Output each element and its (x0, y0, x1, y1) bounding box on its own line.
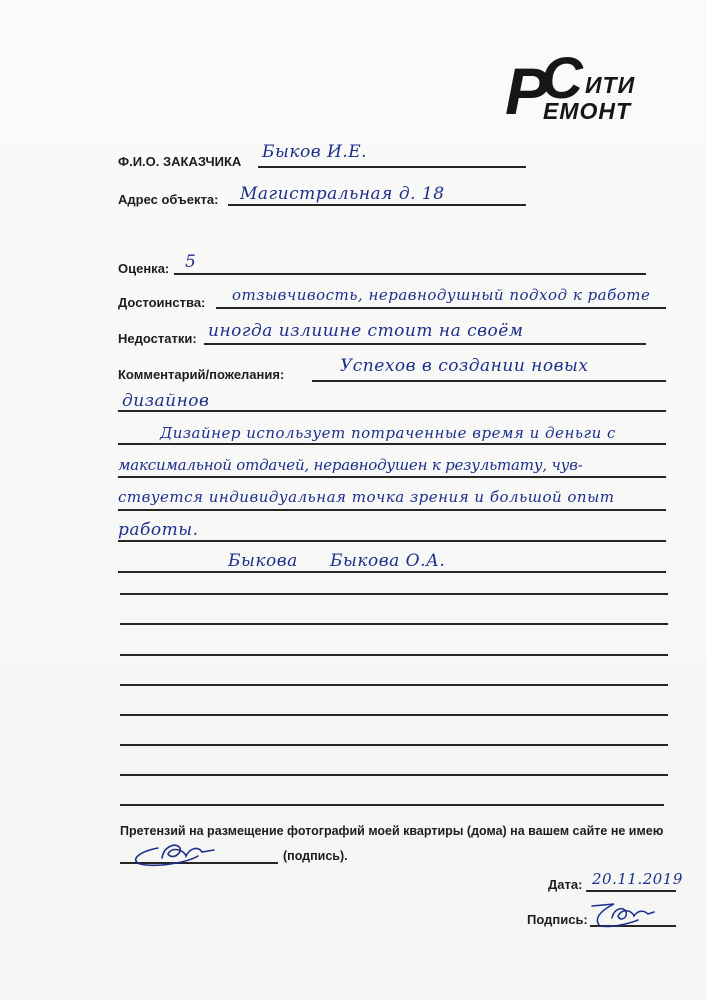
blank-line-2 (120, 623, 668, 625)
date-line (586, 890, 676, 892)
address-label: Адрес объекта: (118, 193, 218, 206)
rating-label: Оценка: (118, 262, 169, 275)
pros-label: Достоинства: (118, 296, 205, 309)
customer-label: Ф.И.О. ЗАКАЗЧИКА (118, 155, 241, 168)
comment-line-5 (118, 540, 666, 542)
address-line (228, 204, 526, 206)
pros-line (216, 307, 666, 309)
blank-line-8 (120, 804, 664, 806)
company-logo: Р С ИТИ ЕМОНТ (505, 50, 665, 135)
rating-value[interactable]: 5 (185, 254, 196, 271)
blank-line-4 (120, 684, 668, 686)
comment-text-0[interactable]: Успехов в создании новых (340, 358, 588, 375)
cons-value[interactable]: иногда излишне стоит на своём (208, 323, 523, 340)
blank-line-1 (120, 593, 668, 595)
logo-letter-r: Р (505, 58, 545, 124)
signature-label: Подпись: (527, 913, 588, 926)
cons-line (204, 343, 646, 345)
blank-line-7 (120, 774, 668, 776)
pros-value[interactable]: отзывчивость, неравнодушный подход к раб… (232, 288, 650, 303)
logo-word-bottom: ЕМОНТ (543, 100, 631, 123)
comment-line-2 (118, 443, 666, 445)
address-value[interactable]: Магистральная д. 18 (240, 186, 445, 203)
date-label: Дата: (548, 878, 582, 891)
cons-label: Недостатки: (118, 332, 197, 345)
comment-text-5[interactable]: работы. (118, 522, 199, 539)
comment-text-6[interactable]: Быкова О.А. (330, 553, 445, 570)
blank-line-5 (120, 714, 668, 716)
comment-label: Комментарий/пожелания: (118, 368, 284, 381)
consent-signature-label: (подпись). (283, 850, 348, 863)
blank-line-6 (120, 744, 668, 746)
comment-text-1[interactable]: дизайнов (122, 393, 209, 410)
comment-text-3[interactable]: максимальной отдачей, неравнодушен к рез… (118, 458, 583, 473)
comment-line-4 (118, 509, 666, 511)
customer-value[interactable]: Быков И.Е. (262, 144, 367, 161)
signature-icon[interactable] (588, 900, 658, 932)
date-value[interactable]: 20.11.2019 (592, 872, 683, 887)
feedback-form-page: Р С ИТИ ЕМОНТ Ф.И.О. ЗАКАЗЧИКА Быков И.Е… (0, 0, 706, 1000)
consent-signature-icon[interactable] (128, 838, 218, 870)
comment-line-6 (118, 571, 666, 573)
customer-line (258, 166, 526, 168)
comment-text-4[interactable]: ствуется индивидуальная точка зрения и б… (118, 490, 615, 505)
designer-signature[interactable]: Быкова (228, 553, 298, 570)
comment-line-3 (118, 476, 666, 478)
blank-line-3 (120, 654, 668, 656)
logo-word-top: ИТИ (585, 74, 635, 97)
comment-text-2[interactable]: Дизайнер использует потраченные время и … (160, 426, 616, 441)
consent-text: Претензий на размещение фотографий моей … (120, 825, 663, 838)
comment-line-0 (312, 380, 666, 382)
rating-line (174, 273, 646, 275)
